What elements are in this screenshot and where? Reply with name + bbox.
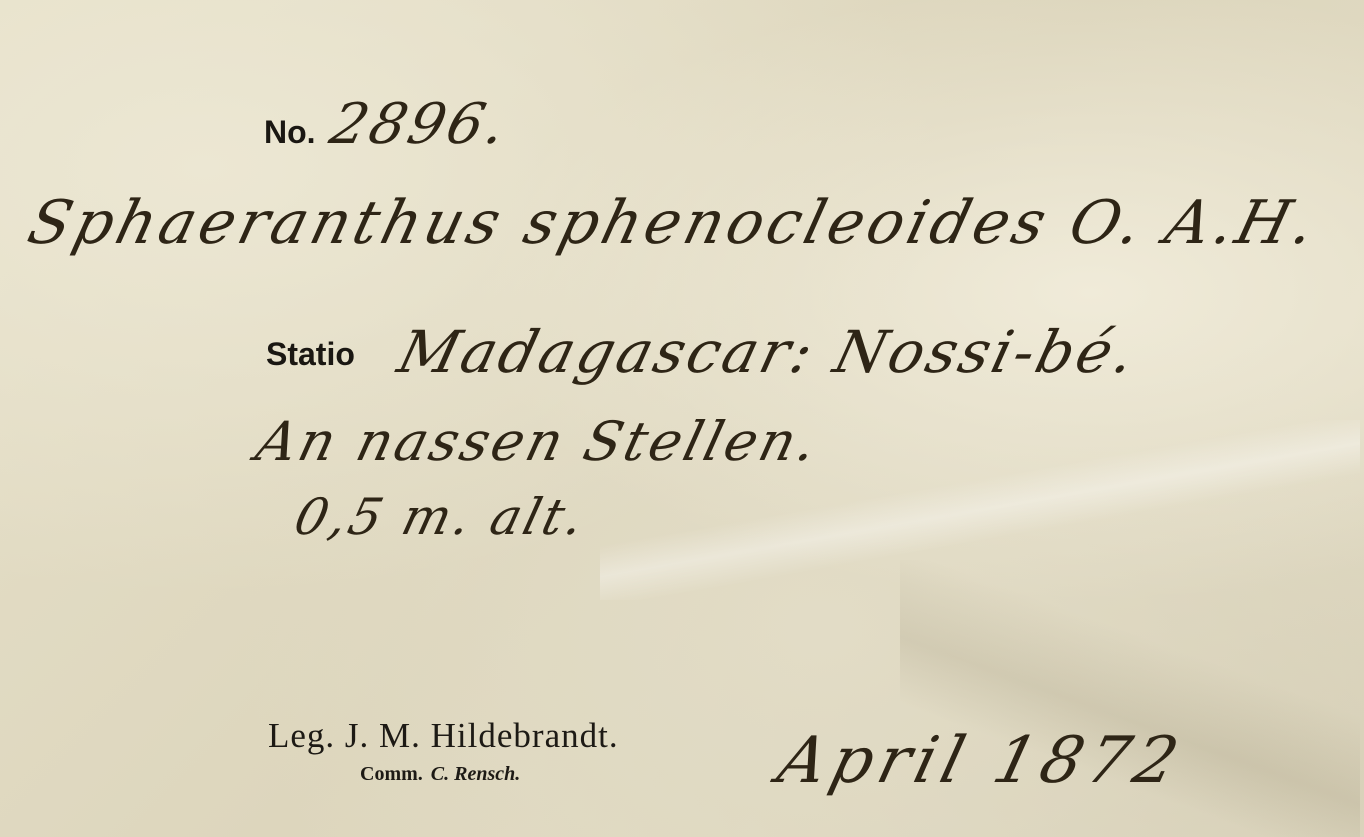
collection-date: April 1872 — [771, 724, 1191, 798]
number-label: No. — [264, 114, 316, 151]
altitude: 0,5 m. alt. — [289, 488, 593, 546]
communicator: Comm. C. Rensch. — [360, 763, 520, 786]
locality-line-1: Madagascar: Nossi-bé. — [392, 318, 1145, 386]
species-name: Sphaeranthus sphenocleoides O. A.H. — [21, 188, 1325, 258]
statio-label: Statio — [266, 336, 355, 373]
communicator-name: C. Rensch. — [431, 763, 520, 785]
collector: Leg. J. M. Hildebrandt. — [268, 716, 619, 756]
communicator-prefix: Comm. — [360, 763, 423, 785]
specimen-number: 2896. — [324, 92, 516, 157]
locality-line-2: An nassen Stellen. — [250, 410, 826, 473]
